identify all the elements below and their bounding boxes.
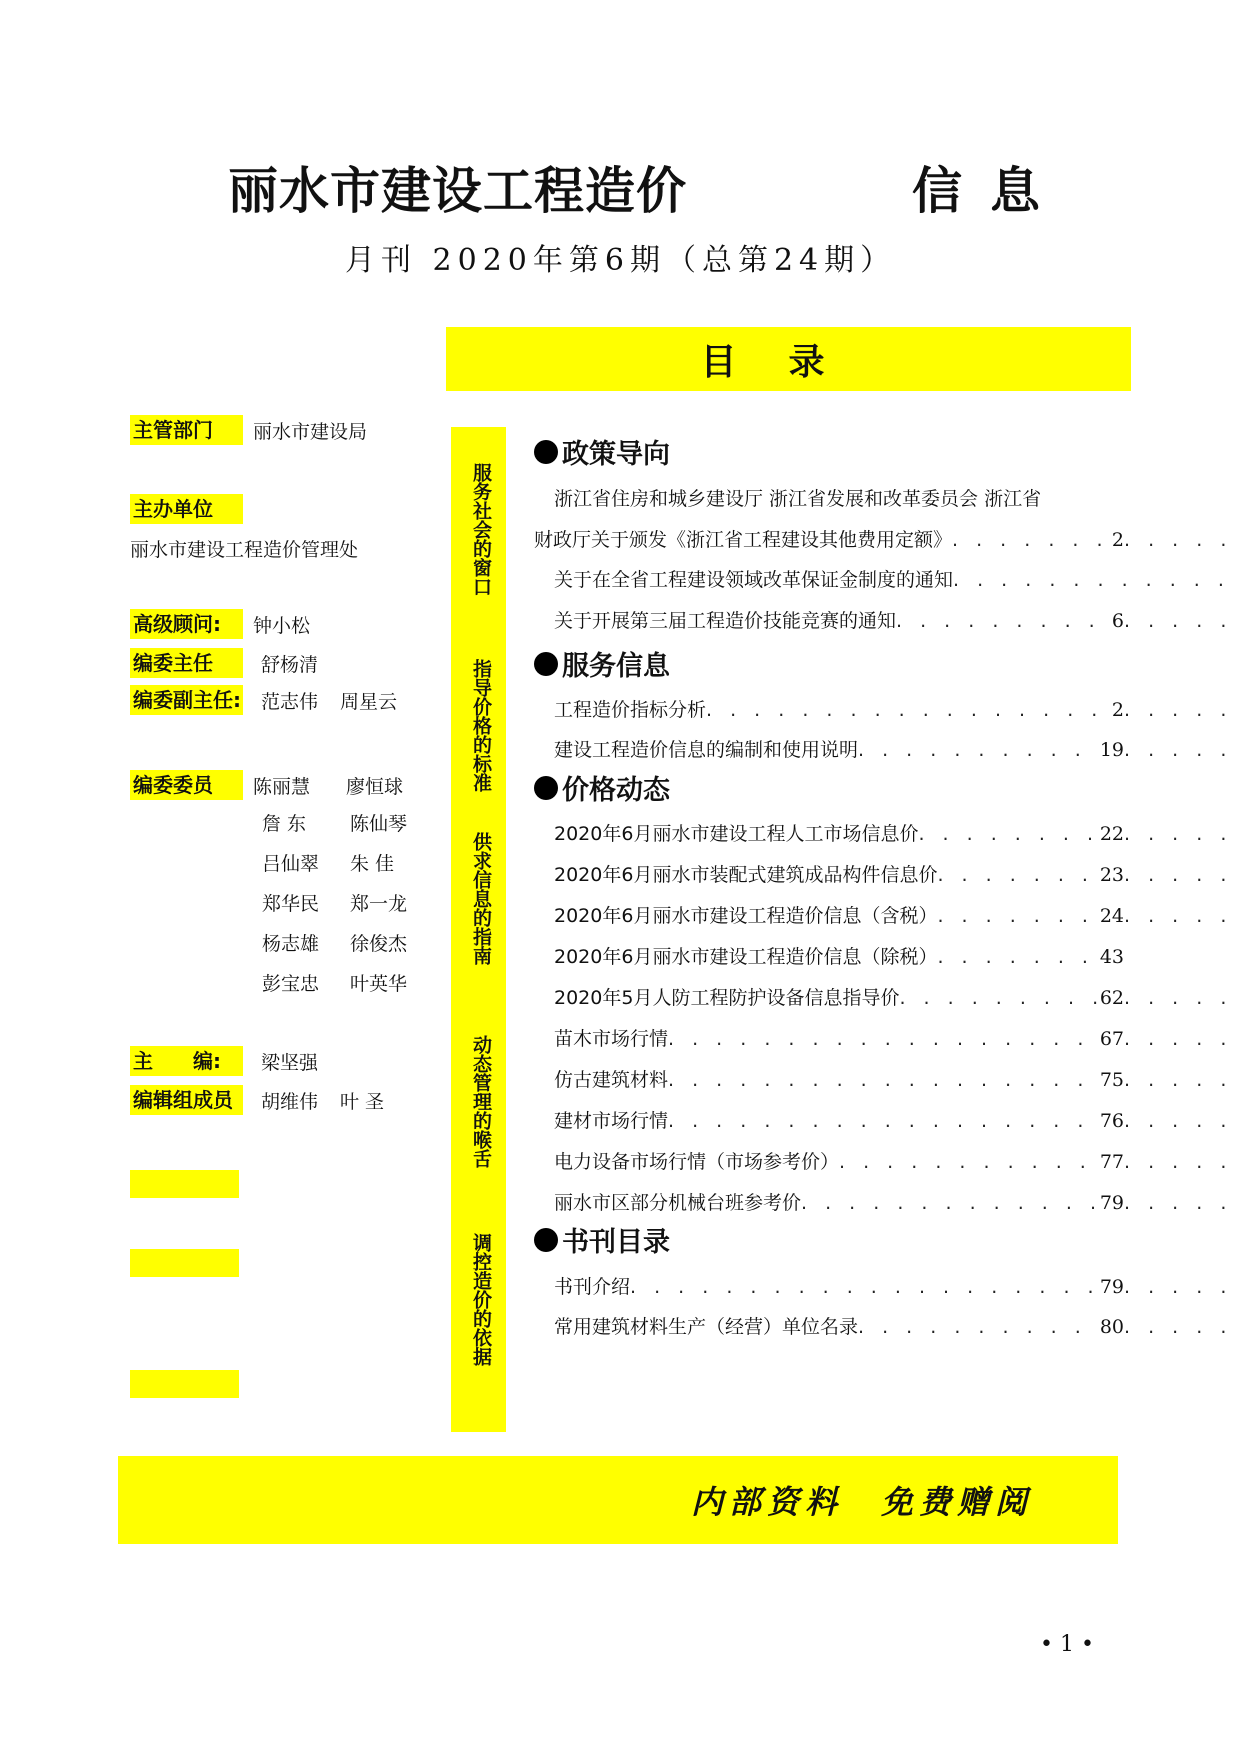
member-name: 朱 佳 bbox=[350, 849, 414, 889]
member-name: 彭宝忠 bbox=[262, 969, 326, 1009]
leader-dots: . . . . . . . . . . . . . . . . . . . . … bbox=[858, 739, 1100, 761]
leader-dots: . . . . . . . . . . . . . . . . . . . . … bbox=[630, 1276, 1100, 1298]
bullet-icon bbox=[534, 1228, 558, 1252]
editors-row: 编辑组成员 胡维伟 叶 圣 bbox=[130, 1085, 384, 1115]
editor-1: 胡维伟 bbox=[261, 1087, 318, 1114]
senior-advisor-row: 高级顾问: 钟小松 bbox=[130, 609, 310, 639]
editor-2: 叶 圣 bbox=[340, 1087, 384, 1114]
leader-dots: . . . . . . . . . . . . . . . . . . . . … bbox=[668, 1028, 1100, 1050]
toc-page-number: 79 bbox=[1100, 1192, 1124, 1214]
deputy-director-label: 编委副主任: bbox=[130, 685, 243, 715]
sponsor-label: 主办单位 bbox=[130, 494, 243, 524]
toc-page-number: 76 bbox=[1100, 1110, 1124, 1132]
toc-page-number: 22 bbox=[1100, 823, 1124, 845]
chief-editor-row: 主 编: 梁坚强 bbox=[130, 1046, 318, 1076]
toc-section-title: 书刊目录 bbox=[534, 1220, 670, 1259]
leader-dots: . . . . . . . . . . . . . . . . . . . . bbox=[937, 946, 1099, 968]
toc-section-title: 政策导向 bbox=[534, 432, 670, 471]
toc-entry[interactable]: 书刊介绍 . . . . . . . . . . . . . . . . . .… bbox=[554, 1272, 1234, 1299]
toc-entry[interactable]: 常用建筑材料生产（经营）单位名录 . . . . . . . . . . . .… bbox=[554, 1312, 1234, 1339]
toc-entry[interactable]: 浙江省住房和城乡建设厅 浙江省发展和改革委员会 浙江省 bbox=[554, 484, 1234, 511]
slogan-bar: 服务社会的窗口 指导价格的标准 供求信息的指南 动态管理的喉舌 调控造价的依据 bbox=[451, 427, 506, 1432]
toc-page-number: 62 bbox=[1100, 987, 1124, 1009]
senior-advisor-label: 高级顾问: bbox=[130, 609, 243, 639]
member-name: 吕仙翠 bbox=[262, 849, 326, 889]
editors-label: 编辑组成员 bbox=[130, 1085, 243, 1115]
leader-dots: . . . . . . . . . . . . . . . . . . . . bbox=[952, 529, 1112, 551]
toc-page-number: 75 bbox=[1100, 1069, 1124, 1091]
editorial-director-row: 编委主任 舒杨清 bbox=[130, 648, 318, 678]
leader-dots: . . . . . . . . . . . . bbox=[1124, 1110, 1234, 1132]
toc-entry[interactable]: 电力设备市场行情（市场参考价） . . . . . . . . . . . . … bbox=[554, 1147, 1234, 1174]
toc-entry[interactable]: 关于在全省工程建设领域改革保证金制度的通知 . . . . . . . . . … bbox=[554, 565, 1234, 592]
leader-dots: . . . . . . . . . . . . . . . . . . . . bbox=[899, 987, 1099, 1009]
highlight-block bbox=[130, 1370, 239, 1398]
member-name: 徐俊杰 bbox=[350, 929, 414, 969]
leader-dots: . . . . . . . . . . . . . . . . . . . . bbox=[937, 905, 1099, 927]
editorial-director-label: 编委主任 bbox=[130, 648, 243, 678]
bullet-icon bbox=[534, 440, 558, 464]
leader-dots: . . . . . . . . . . . . . . . . . . . . bbox=[918, 823, 1099, 845]
sponsor-value: 丽水市建设工程造价管理处 bbox=[130, 535, 358, 562]
leader-dots: . . . . . . . . . . . . bbox=[1124, 905, 1234, 927]
leader-dots: . . . . . . . . . . . . . . . . . . . . bbox=[937, 864, 1099, 886]
member-name: 叶英华 bbox=[350, 969, 414, 1009]
leader-dots: . . . . . . . . . . . . . . . . . . . . … bbox=[668, 1110, 1100, 1132]
bottom-banner: 内部资料 免费赠阅 bbox=[118, 1456, 1118, 1544]
leader-dots: . . . . . . . . . . . . bbox=[1124, 864, 1234, 886]
toc-page-number: 80 bbox=[1100, 1316, 1124, 1338]
leader-dots: . . . . . . . . . . . . . . . . . . . . … bbox=[706, 699, 1112, 721]
slogan: 调控造价的依据 bbox=[468, 1233, 495, 1366]
toc-entry[interactable]: 2020年6月丽水市建设工程造价信息（含税） . . . . . . . . .… bbox=[554, 901, 1234, 928]
leader-dots: . . . . . . . . . . . . bbox=[1124, 987, 1234, 1009]
toc-entry[interactable]: 苗木市场行情 . . . . . . . . . . . . . . . . .… bbox=[554, 1024, 1234, 1051]
banner-text: 内部资料 免费赠阅 bbox=[691, 1477, 1033, 1523]
member-name: 詹 东 bbox=[262, 809, 326, 849]
toc-page-number: 23 bbox=[1100, 864, 1124, 886]
member-row: 彭宝忠 叶英华 bbox=[262, 969, 414, 1009]
toc-page-number: 2 bbox=[1112, 699, 1124, 721]
toc-page-number: 43 bbox=[1100, 946, 1124, 968]
member-name: 郑华民 bbox=[262, 889, 326, 929]
member-row: 杨志雄 徐俊杰 bbox=[262, 929, 414, 969]
chief-editor-value: 梁坚强 bbox=[261, 1048, 318, 1075]
highlight-block bbox=[130, 1249, 239, 1277]
toc-entry[interactable]: 建材市场行情 . . . . . . . . . . . . . . . . .… bbox=[554, 1106, 1234, 1133]
member-name: 杨志雄 bbox=[262, 929, 326, 969]
sponsor-row: 主办单位 bbox=[130, 494, 243, 524]
leader-dots: . . . . . . . . . . . . bbox=[1124, 529, 1234, 551]
member-0-1: 廖恒球 bbox=[346, 772, 403, 799]
toc-section-title: 服务信息 bbox=[534, 644, 670, 683]
toc-entry[interactable]: 2020年6月丽水市建设工程造价信息（除税） . . . . . . . . .… bbox=[554, 942, 1234, 969]
toc-page-number: 6 bbox=[1112, 610, 1124, 632]
leader-dots: . . . . . . . . . . . . . . . . . . . . bbox=[858, 1316, 1100, 1338]
leader-dots: . . . . . . . . . . . . bbox=[1124, 1028, 1234, 1050]
member-row: 詹 东 陈仙琴 bbox=[262, 809, 414, 849]
bullet-icon bbox=[534, 652, 558, 676]
toc-entry[interactable]: 建设工程造价信息的编制和使用说明 . . . . . . . . . . . .… bbox=[554, 735, 1234, 762]
issue-subtitle: 月刊 2020年第6期（总第24期） bbox=[345, 235, 905, 279]
member-0-0: 陈丽慧 bbox=[253, 772, 310, 799]
highlight-block bbox=[130, 1170, 239, 1198]
member-name: 郑一龙 bbox=[350, 889, 414, 929]
slogan: 供求信息的指南 bbox=[468, 832, 495, 965]
toc-entry[interactable]: 丽水市区部分机械台班参考价 . . . . . . . . . . . . . … bbox=[554, 1188, 1234, 1215]
toc-page-number: 19 bbox=[1100, 739, 1124, 761]
title-name: 丽水市建设工程造价 bbox=[228, 151, 687, 223]
leader-dots: . . . . . . . . . . . . . . . . . . . . … bbox=[953, 569, 1234, 591]
toc-page-number: 24 bbox=[1100, 905, 1124, 927]
leader-dots: . . . . . . . . . . . . . . . . . . . . bbox=[896, 610, 1112, 632]
member-row: 吕仙翠 朱 佳 bbox=[262, 849, 414, 889]
bullet-icon bbox=[534, 776, 558, 800]
members-row: 编委委员 陈丽慧 廖恒球 bbox=[130, 770, 403, 800]
leader-dots: . . . . . bbox=[1124, 1151, 1234, 1173]
toc-page-number: 77 bbox=[1100, 1151, 1124, 1173]
deputy-director-2: 周星云 bbox=[340, 687, 397, 714]
leader-dots: . . . . . . . . . . . . bbox=[1124, 1069, 1234, 1091]
supervisor-value: 丽水市建设局 bbox=[253, 417, 367, 444]
leader-dots: . . . . . . . . . . . . . . . . . . . . … bbox=[668, 1069, 1100, 1091]
toc-page-number: 79 bbox=[1100, 1276, 1124, 1298]
publication-title: 丽水市建设工程造价 信息 bbox=[228, 152, 1068, 222]
toc-entry[interactable]: 2020年6月丽水市装配式建筑成品构件信息价 . . . . . . . . .… bbox=[554, 860, 1234, 887]
members-label: 编委委员 bbox=[130, 770, 243, 800]
senior-advisor-value: 钟小松 bbox=[253, 611, 310, 638]
toc-entry[interactable]: 2020年6月丽水市建设工程人工市场信息价 . . . . . . . . . … bbox=[554, 819, 1234, 846]
toc-entry[interactable]: 2020年5月人防工程防护设备信息指导价 . . . . . . . . . .… bbox=[554, 983, 1234, 1010]
chief-editor-label: 主 编: bbox=[130, 1046, 243, 1076]
deputy-director-1: 范志伟 bbox=[261, 687, 318, 714]
leader-dots: . . . . . . . . . . . . . . . . . . . . bbox=[801, 1192, 1100, 1214]
title-info: 信息 bbox=[912, 151, 1068, 223]
slogan: 服务社会的窗口 bbox=[468, 463, 495, 596]
toc-entry[interactable]: 仿古建筑材料 . . . . . . . . . . . . . . . . .… bbox=[554, 1065, 1234, 1092]
toc-section-title: 价格动态 bbox=[534, 768, 670, 807]
toc-entry[interactable]: 工程造价指标分析 . . . . . . . . . . . . . . . .… bbox=[554, 695, 1234, 722]
slogan: 动态管理的喉舌 bbox=[468, 1035, 495, 1168]
leader-dots: . . . . . . . . . . . . bbox=[1124, 1192, 1234, 1214]
toc-entry[interactable]: 财政厅关于颁发《浙江省工程建设其他费用定额》 . . . . . . . . .… bbox=[534, 525, 1234, 552]
toc-header: 目录 bbox=[446, 327, 1131, 391]
slogan: 指导价格的标准 bbox=[468, 659, 495, 792]
leader-dots: . . . . . . . . . . . . bbox=[1124, 699, 1234, 721]
supervisor-label: 主管部门 bbox=[130, 415, 243, 445]
toc-entry[interactable]: 关于开展第三届工程造价技能竞赛的通知 . . . . . . . . . . .… bbox=[554, 606, 1234, 633]
leader-dots: . . . . . . . . . . . . bbox=[1124, 823, 1234, 845]
toc-page-number: 2 bbox=[1112, 529, 1124, 551]
leader-dots: . . . . . . . . . . . . . . . . . . . . bbox=[839, 1151, 1100, 1173]
member-name: 陈仙琴 bbox=[350, 809, 414, 849]
deputy-director-row: 编委副主任: 范志伟 周星云 bbox=[130, 685, 397, 715]
member-row: 郑华民 郑一龙 bbox=[262, 889, 414, 929]
members-grid: 詹 东 陈仙琴 吕仙翠 朱 佳 郑华民 郑一龙 杨志雄 徐俊杰 彭宝忠 叶英华 bbox=[262, 809, 414, 1009]
page-number: • 1 • bbox=[1040, 1632, 1094, 1657]
leader-dots: . . . . . . . . . . . . bbox=[1124, 1316, 1234, 1338]
leader-dots: . . . . . . . . . . . . bbox=[1124, 1276, 1234, 1298]
leader-dots: . . . . . . . . . . . . bbox=[1124, 610, 1234, 632]
supervisor-row: 主管部门 丽水市建设局 bbox=[130, 415, 367, 445]
editorial-director-value: 舒杨清 bbox=[261, 650, 318, 677]
toc-page-number: 67 bbox=[1100, 1028, 1124, 1050]
leader-dots: . . . . . . . . . . . . bbox=[1124, 739, 1234, 761]
sponsor-value-row: 丽水市建设工程造价管理处 bbox=[130, 533, 358, 563]
